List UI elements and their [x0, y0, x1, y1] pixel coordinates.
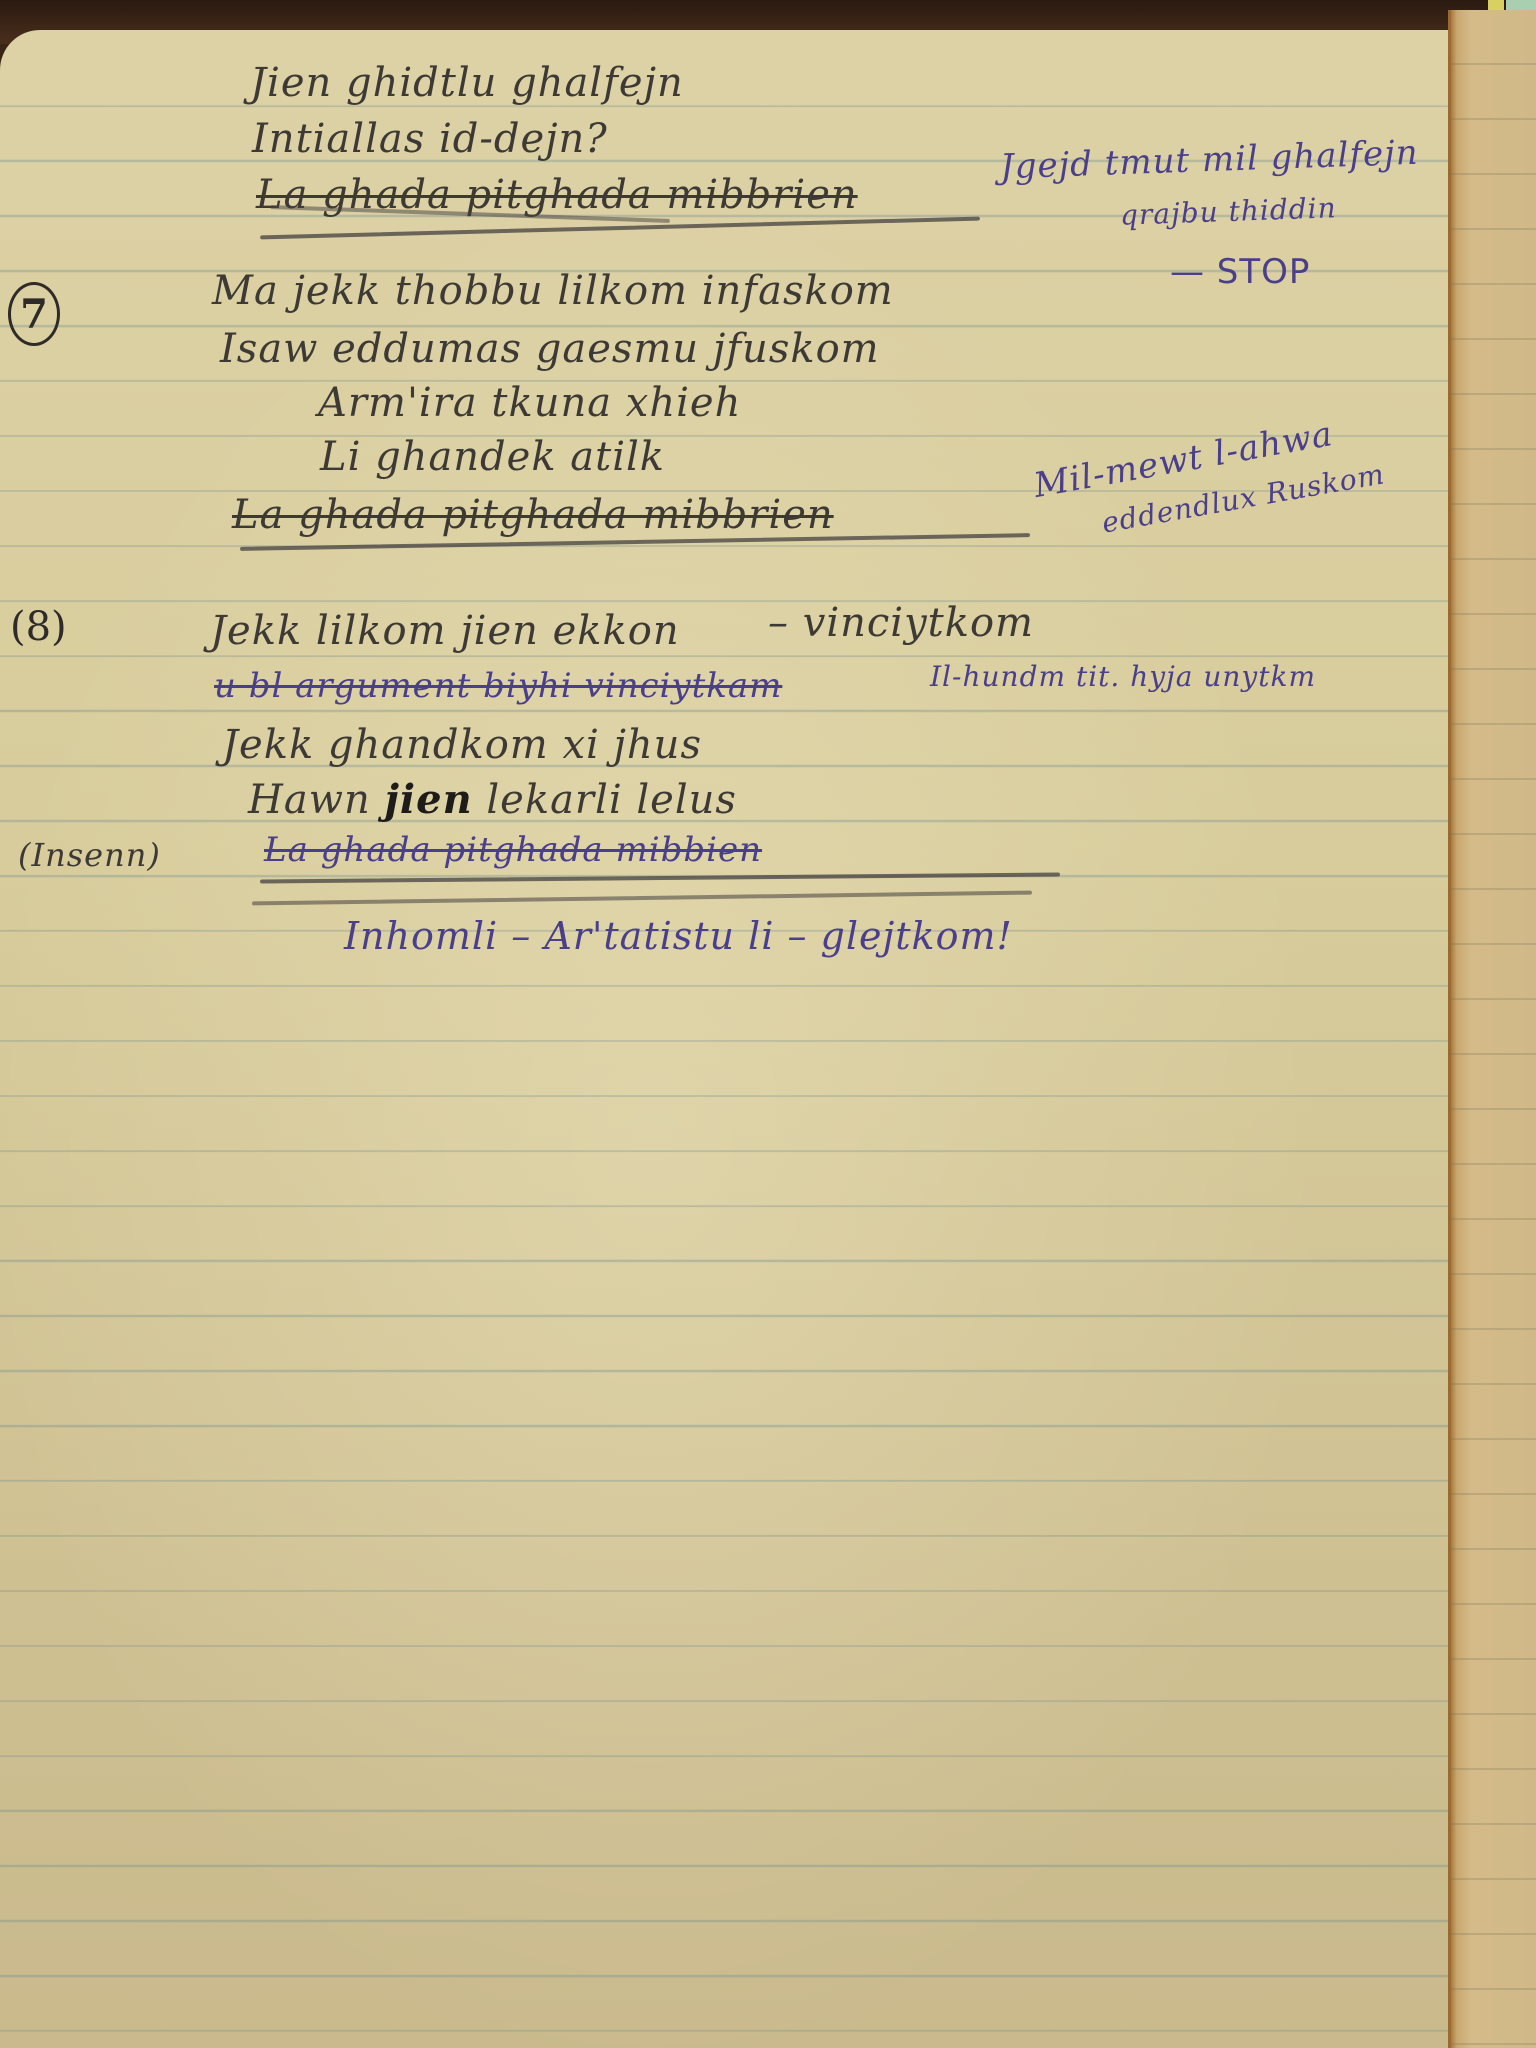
stanza-8-line-1b: – vinciytkom [768, 600, 1034, 646]
stanza-top-line-2: Intiallas id-dejn? [252, 116, 608, 162]
stanza-7-line-2: Isaw eddumas gaesmu jfuskom [220, 326, 880, 372]
yellow-tab [1488, 0, 1504, 10]
notebook-page: Jien ghidtlu ghalfejn Intiallas id-dejn?… [0, 30, 1448, 2048]
stanza-top-line-1: Jien ghidtlu ghalfejn [250, 60, 684, 106]
adjacent-page-edge [1448, 10, 1536, 2048]
stanza-7-line-1: Ma jekk thobbu lilkom infaskom [212, 268, 894, 314]
stanza-8-word-jien-bold: jien [384, 776, 472, 823]
stanza-number-7-text: 7 [20, 291, 48, 338]
stanza-8-line-1: Jekk lilkom jien ekkon [210, 608, 680, 654]
stanza-7-line-5-struck: La ghada pitghada mibbrien [232, 492, 834, 538]
stanza-number-8: (8) [10, 604, 67, 650]
stanza-8-line-2-struck: u bl argument biyhi vinciytkam [214, 666, 782, 706]
stanza-number-7: 7 [8, 282, 60, 346]
stanza-7-line-4: Li ghandek atilk [320, 434, 665, 480]
adjacent-page-rules [1451, 10, 1536, 2048]
stanza-8-word-hawn: Hawn [248, 777, 371, 823]
inline-note-8: Il-hundm tit. hyja unytkm [930, 660, 1316, 693]
stanza-7-line-3: Arm'ira tkuna xhieh [318, 380, 741, 426]
green-tab [1506, 0, 1536, 10]
stanza-8-line-3: Jekk ghandkom xi jhus [222, 722, 702, 768]
stanza-8-word-rest: lekarli lelus [486, 777, 737, 823]
stanza-8-line-5-struck: La ghada pitghada mibbien [264, 830, 762, 870]
closing-line: Inhomli – Ar'tatistu li – glejtkom! [344, 914, 1013, 958]
stop-note: — STOP [1170, 252, 1310, 292]
side-label-insenn: (Insenn) [18, 836, 161, 874]
stanza-8-line-4-start: Hawn jien lekarli lelus [248, 776, 737, 823]
